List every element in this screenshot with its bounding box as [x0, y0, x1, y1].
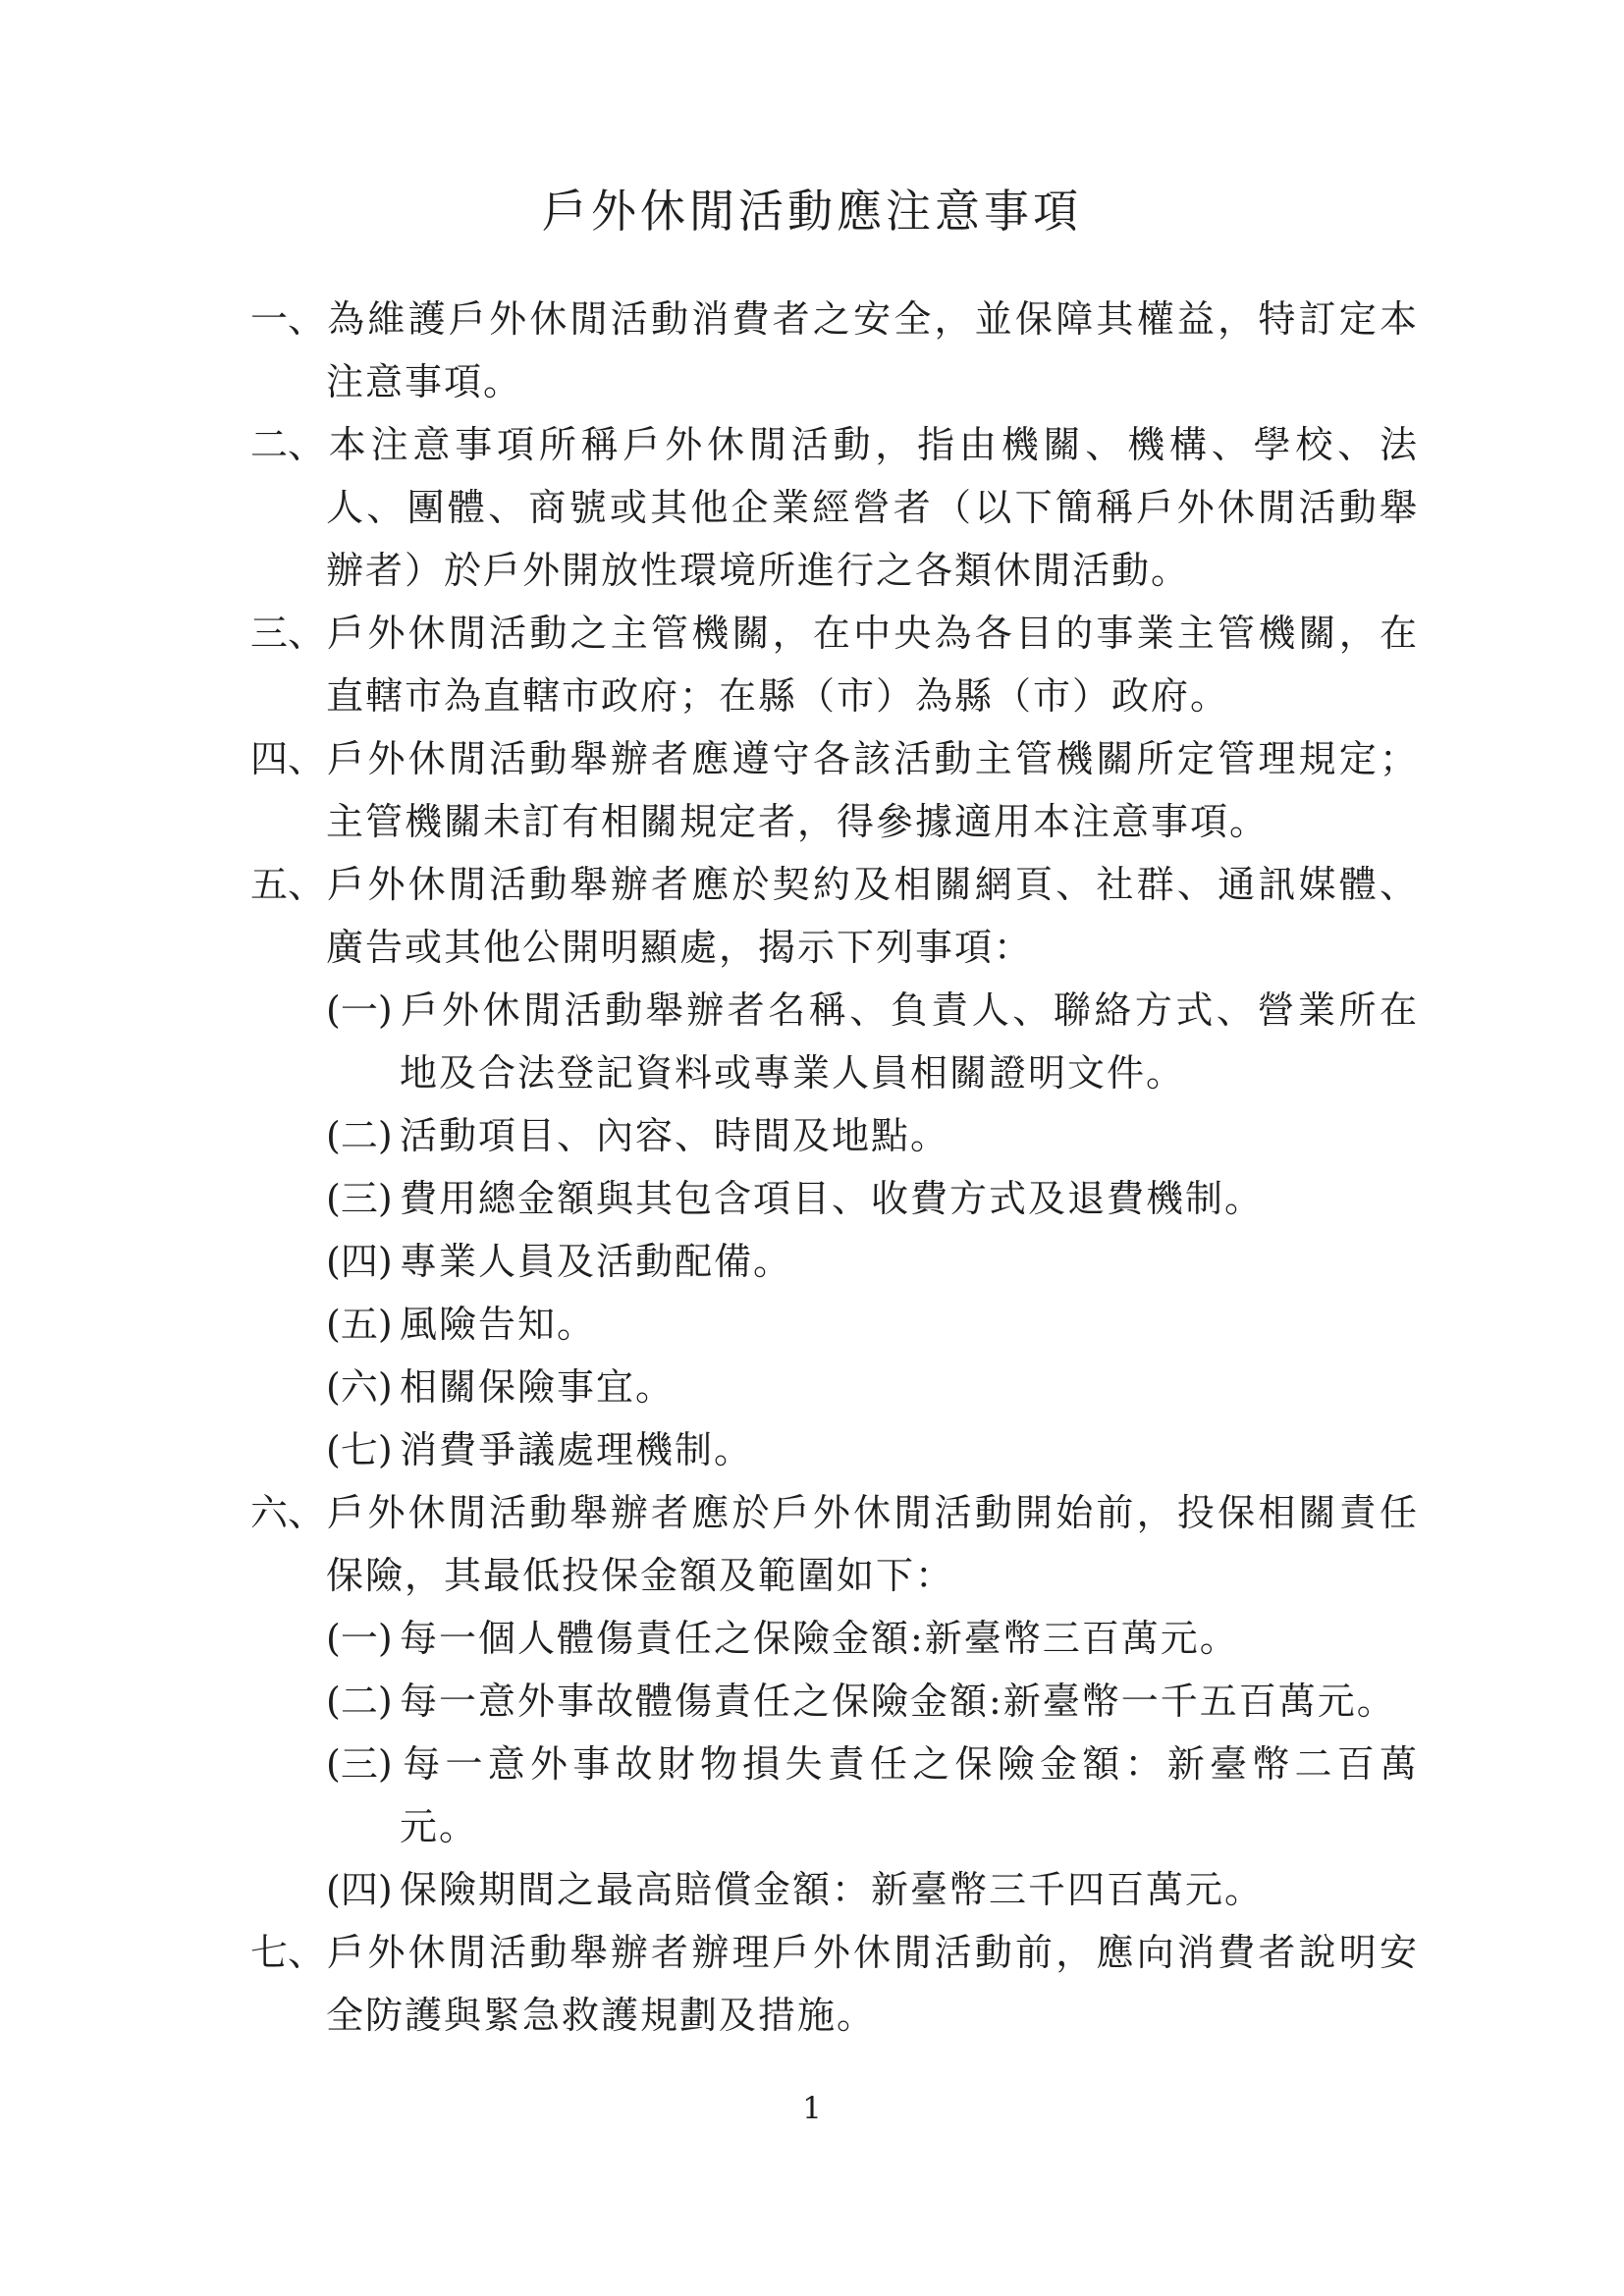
- item-5: 五、戶外休閒活動舉辦者應於契約及相關網頁、社群、通訊媒體、廣告或其他公開明顯處，…: [250, 853, 1419, 979]
- item-6-sub-1-text: 每一個人體傷責任之保險金額:新臺幣三百萬元。: [400, 1617, 1239, 1660]
- item-1: 一、為維護戶外休閒活動消費者之安全，並保障其權益，特訂定本注意事項。: [250, 288, 1419, 413]
- item-5-sub-3-marker: (三): [326, 1167, 400, 1230]
- item-6-sub-2-text: 每一意外事故體傷責任之保險金額:新臺幣一千五百萬元。: [400, 1680, 1396, 1723]
- item-6-sub-4-text: 保險期間之最高賠償金額：新臺幣三千四百萬元。: [400, 1868, 1264, 1911]
- item-6: 六、戶外休閒活動舉辦者應於戶外休閒活動開始前，投保相關責任保險，其最低投保金額及…: [250, 1481, 1419, 1607]
- item-5-sub-3-text: 費用總金額與其包含項目、收費方式及退費機制。: [400, 1177, 1264, 1220]
- item-5-sub-4-marker: (四): [326, 1230, 400, 1293]
- item-2: 二、本注意事項所稱戶外休閒活動，指由機關、機構、學校、法人、團體、商號或其他企業…: [250, 413, 1419, 602]
- item-4: 四、戶外休閒活動舉辦者應遵守各該活動主管機關所定管理規定；主管機關未訂有相關規定…: [250, 727, 1419, 853]
- item-6-sub-4: (四)保險期間之最高賠償金額：新臺幣三千四百萬元。: [326, 1858, 1419, 1921]
- item-4-text: 戶外休閒活動舉辦者應遵守各該活動主管機關所定管理規定；主管機關未訂有相關規定者，…: [326, 737, 1419, 843]
- item-1-marker: 一、: [250, 288, 326, 350]
- item-7-text: 戶外休閒活動舉辦者辦理戶外休閒活動前，應向消費者說明安全防護與緊急救護規劃及措施…: [326, 1931, 1419, 2037]
- item-5-sub-1-marker: (一): [326, 979, 400, 1041]
- item-6-sub-3-text: 每一意外事故財物損失責任之保險金額：新臺幣二百萬元。: [400, 1742, 1419, 1848]
- item-5-sub-7-text: 消費爭議處理機制。: [400, 1428, 753, 1471]
- item-5-marker: 五、: [250, 853, 326, 916]
- item-3: 三、戶外休閒活動之主管機關，在中央為各目的事業主管機關，在直轄市為直轄市政府；在…: [250, 602, 1419, 727]
- item-3-marker: 三、: [250, 602, 326, 665]
- item-7: 七、戶外休閒活動舉辦者辦理戶外休閒活動前，應向消費者說明安全防護與緊急救護規劃及…: [250, 1921, 1419, 2047]
- item-5-sub-4-text: 專業人員及活動配備。: [400, 1240, 792, 1283]
- item-6-sub-4-marker: (四): [326, 1858, 400, 1921]
- item-5-sub-5-marker: (五): [326, 1293, 400, 1356]
- item-6-sub-1-marker: (一): [326, 1607, 400, 1670]
- item-6-sub-1: (一)每一個人體傷責任之保險金額:新臺幣三百萬元。: [326, 1607, 1419, 1670]
- item-6-sub-2-marker: (二): [326, 1670, 400, 1733]
- item-5-sub-1: (一)戶外休閒活動舉辦者名稱、負責人、聯絡方式、營業所在地及合法登記資料或專業人…: [326, 979, 1419, 1104]
- item-5-sub-7: (七)消費爭議處理機制。: [326, 1418, 1419, 1481]
- item-6-sub-2: (二)每一意外事故體傷責任之保險金額:新臺幣一千五百萬元。: [326, 1670, 1419, 1733]
- item-5-sub-5-text: 風險告知。: [400, 1303, 596, 1346]
- item-5-sub-2-text: 活動項目、內容、時間及地點。: [400, 1114, 949, 1157]
- item-5-sub-6-marker: (六): [326, 1356, 400, 1418]
- item-5-sub-2-marker: (二): [326, 1104, 400, 1167]
- item-4-marker: 四、: [250, 727, 326, 790]
- item-5-sub-2: (二)活動項目、內容、時間及地點。: [326, 1104, 1419, 1167]
- item-7-marker: 七、: [250, 1921, 326, 1984]
- page-title: 戶外休閒活動應注意事項: [0, 0, 1624, 242]
- item-6-sub-3: (三)每一意外事故財物損失責任之保險金額：新臺幣二百萬元。: [326, 1733, 1419, 1858]
- item-5-sub-1-text: 戶外休閒活動舉辦者名稱、負責人、聯絡方式、營業所在地及合法登記資料或專業人員相關…: [400, 988, 1419, 1095]
- item-5-sub-3: (三)費用總金額與其包含項目、收費方式及退費機制。: [326, 1167, 1419, 1230]
- item-5-sub-4: (四)專業人員及活動配備。: [326, 1230, 1419, 1293]
- item-2-text: 本注意事項所稱戶外休閒活動，指由機關、機構、學校、法人、團體、商號或其他企業經營…: [326, 423, 1419, 592]
- item-5-sub-5: (五)風險告知。: [326, 1293, 1419, 1356]
- item-6-sub-3-marker: (三): [326, 1733, 400, 1795]
- item-6-marker: 六、: [250, 1481, 326, 1544]
- document-content: 一、為維護戶外休閒活動消費者之安全，並保障其權益，特訂定本注意事項。 二、本注意…: [250, 288, 1419, 2047]
- item-3-text: 戶外休閒活動之主管機關，在中央為各目的事業主管機關，在直轄市為直轄市政府；在縣（…: [326, 612, 1419, 718]
- item-5-sub-6: (六)相關保險事宜。: [326, 1356, 1419, 1418]
- item-5-sub-6-text: 相關保險事宜。: [400, 1365, 675, 1409]
- item-2-marker: 二、: [250, 413, 326, 476]
- item-1-text: 為維護戶外休閒活動消費者之安全，並保障其權益，特訂定本注意事項。: [326, 297, 1419, 403]
- item-5-text: 戶外休閒活動舉辦者應於契約及相關網頁、社群、通訊媒體、廣告或其他公開明顯處，揭示…: [326, 863, 1419, 969]
- document-page: 戶外休閒活動應注意事項 一、為維護戶外休閒活動消費者之安全，並保障其權益，特訂定…: [0, 0, 1624, 2296]
- item-5-sub-7-marker: (七): [326, 1418, 400, 1481]
- page-number: 1: [0, 2091, 1624, 2126]
- item-6-text: 戶外休閒活動舉辦者應於戶外休閒活動開始前，投保相關責任保險，其最低投保金額及範圍…: [326, 1491, 1419, 1597]
